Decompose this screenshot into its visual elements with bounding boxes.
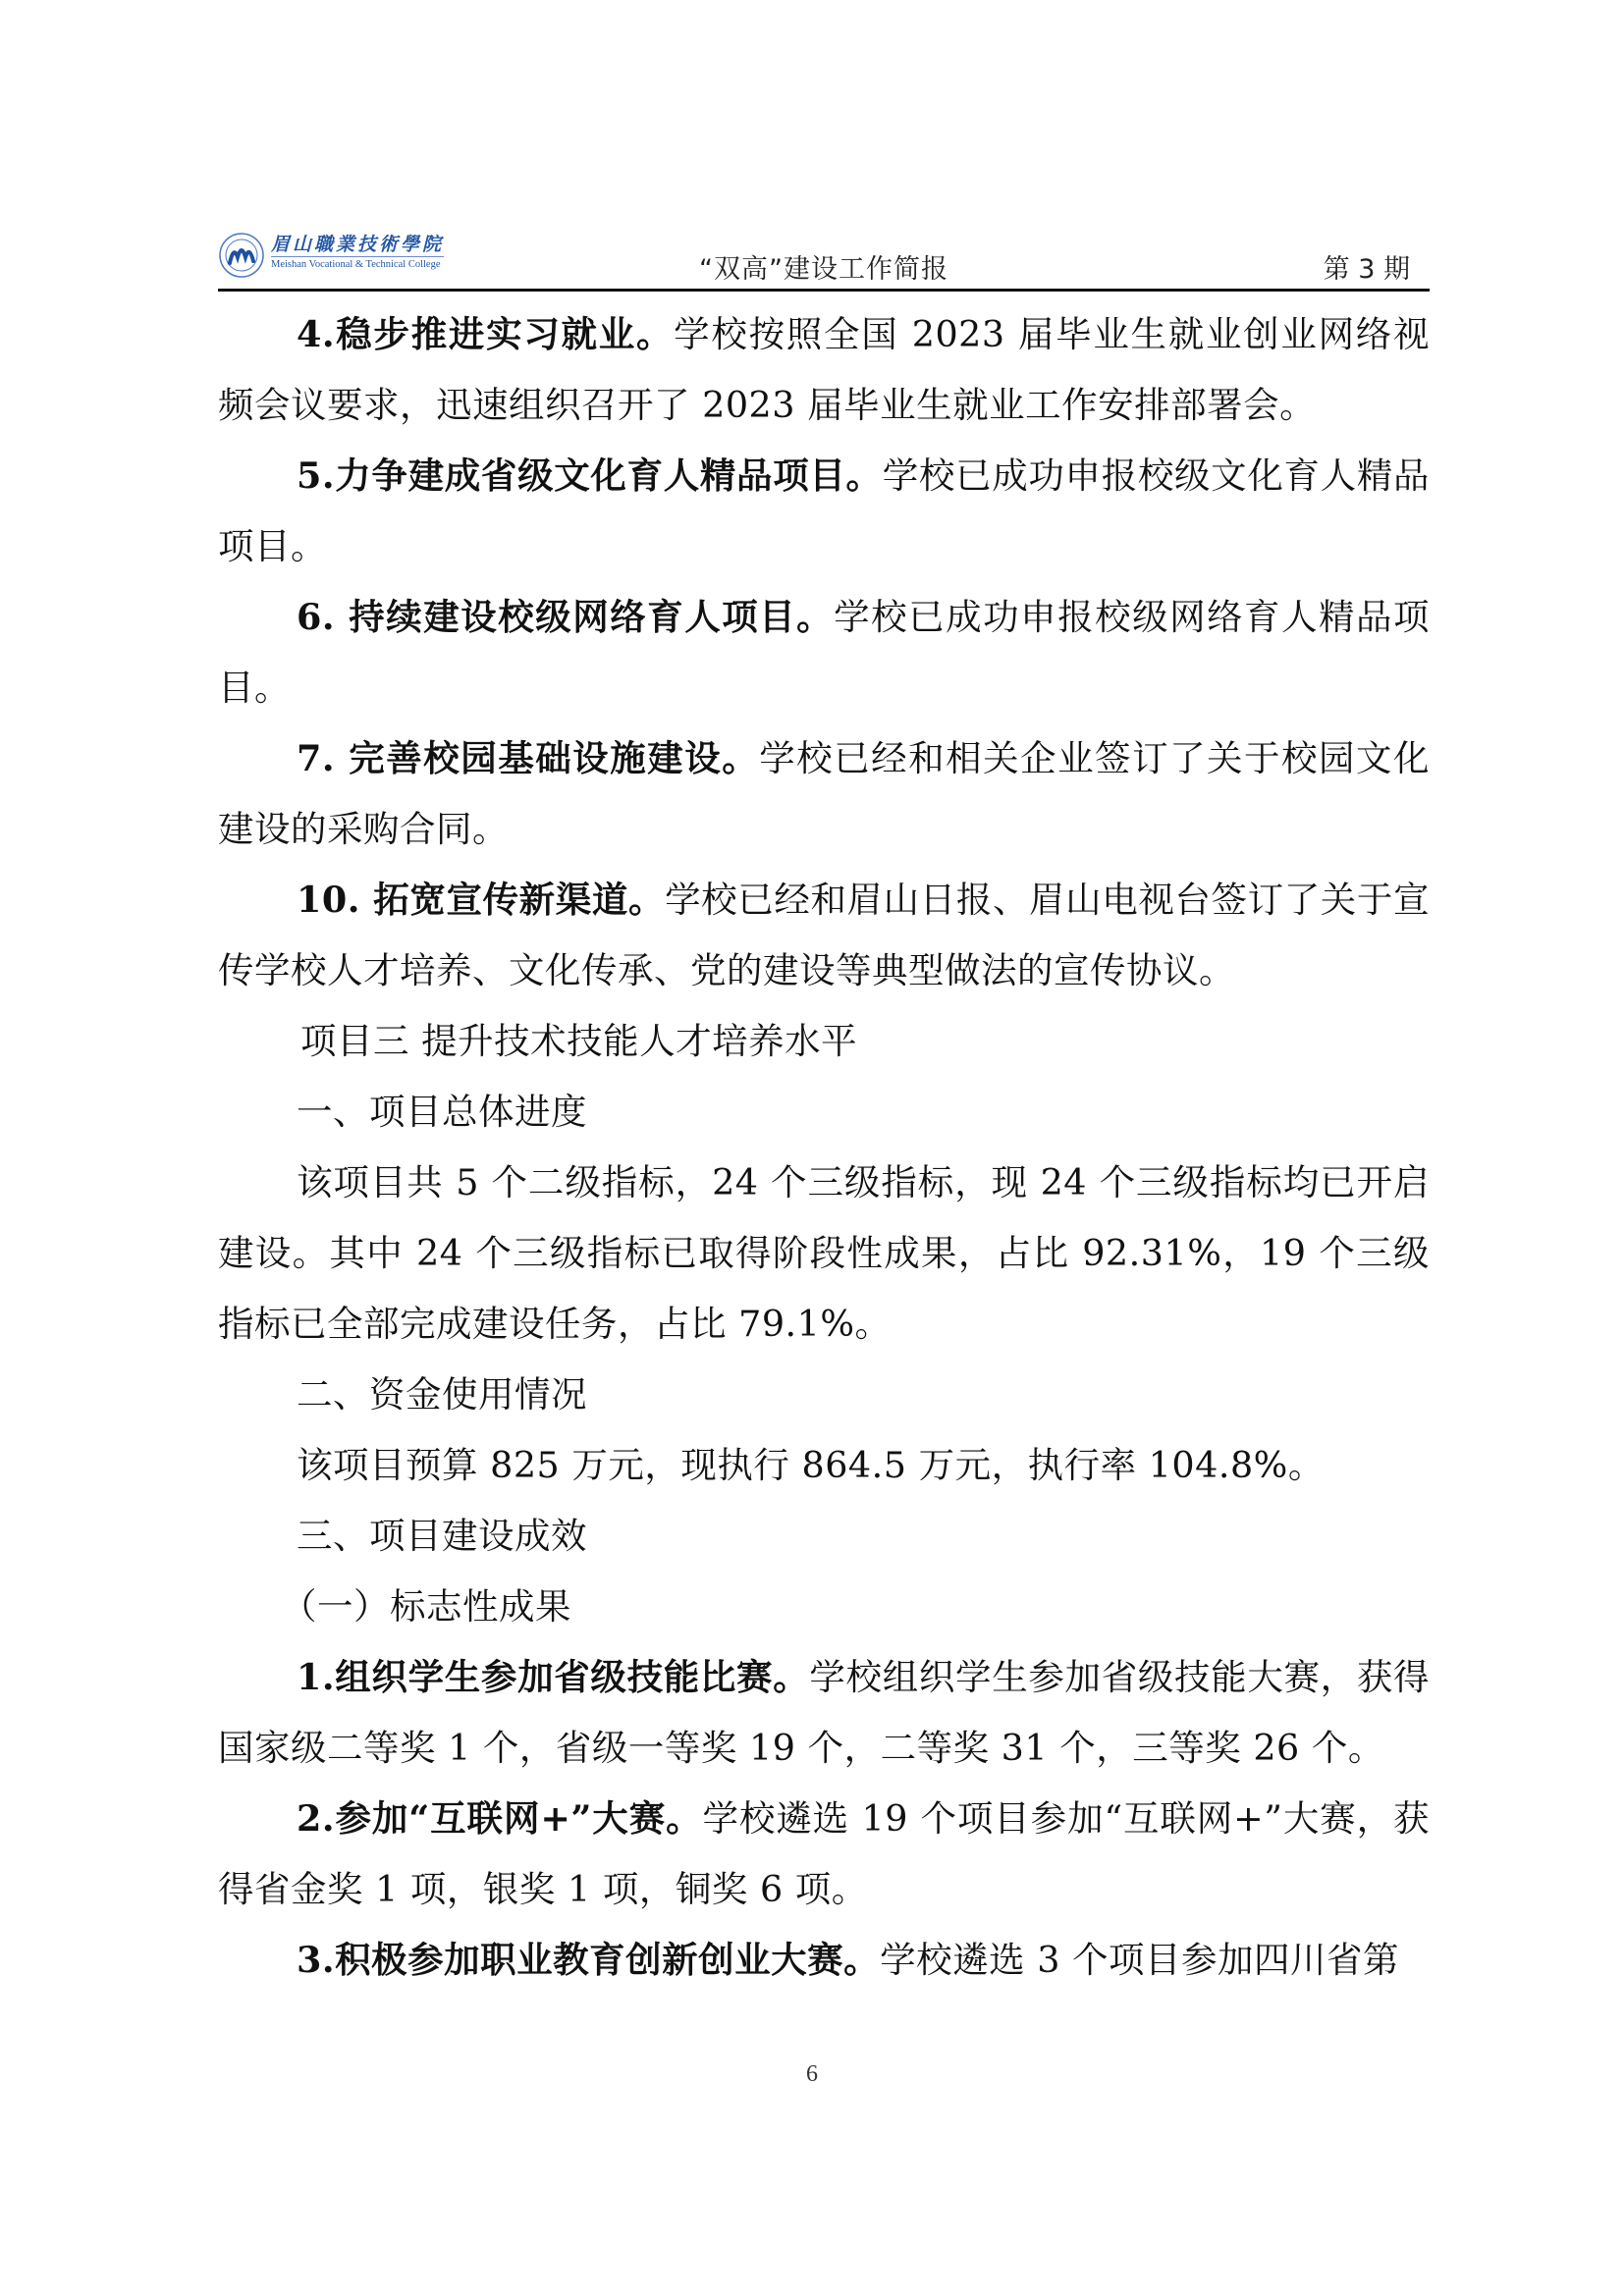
paragraph-lead: 6. 持续建设校级网络育人项目。 <box>297 596 834 638</box>
paragraph-item-6: 6. 持续建设校级网络育人项目。学校已成功申报校级网络育人精品项目。 <box>218 582 1430 723</box>
result-lead: 1.组织学生参加省级技能比赛。 <box>297 1656 809 1698</box>
page-body: 4.稳步推进实习就业。学校按照全国 2023 届毕业生就业创业网络视频会议要求，… <box>218 299 1430 1996</box>
paragraph-lead: 5.力争建成省级文化育人精品项目。 <box>297 454 883 497</box>
result-text: 学校遴选 3 个项目参加四川省第 <box>880 1939 1399 1981</box>
issue-number: 第 3 期 <box>1324 247 1410 286</box>
page-header: 眉山職業技術學院 Meishan Vocational & Technical … <box>218 228 1430 279</box>
section-text-progress: 该项目共 5 个二级指标，24 个三级指标，现 24 个三级指标均已开启建设。其… <box>218 1148 1430 1360</box>
college-logo-text: 眉山職業技術學院 Meishan Vocational & Technical … <box>271 234 444 271</box>
result-item-2: 2.参加“互联网+”大赛。学校遴选 19 个项目参加“互联网+”大赛，获得省金奖… <box>218 1784 1430 1925</box>
paragraph-lead: 4.稳步推进实习就业。 <box>297 313 674 355</box>
paragraph-lead: 10. 拓宽宣传新渠道。 <box>297 879 665 921</box>
result-item-3: 3.积极参加职业教育创新创业大赛。学校遴选 3 个项目参加四川省第 <box>218 1925 1430 1996</box>
section-text-funding: 该项目预算 825 万元，现执行 864.5 万元，执行率 104.8%。 <box>218 1430 1430 1501</box>
section-heading-results: 三、项目建设成效 <box>218 1501 1430 1572</box>
header-divider <box>218 289 1430 292</box>
page-number: 6 <box>0 2061 1624 2088</box>
paragraph-item-5: 5.力争建成省级文化育人精品项目。学校已成功申报校级文化育人精品项目。 <box>218 441 1430 582</box>
project-title: 项目三 提升技术技能人才培养水平 <box>218 1006 1430 1077</box>
result-lead: 2.参加“互联网+”大赛。 <box>297 1797 703 1840</box>
paragraph-item-4: 4.稳步推进实习就业。学校按照全国 2023 届毕业生就业创业网络视频会议要求，… <box>218 299 1430 441</box>
college-name-en: Meishan Vocational & Technical College <box>271 256 444 271</box>
section-heading-progress: 一、项目总体进度 <box>218 1077 1430 1148</box>
paragraph-item-10: 10. 拓宽宣传新渠道。学校已经和眉山日报、眉山电视台签订了关于宣传学校人才培养… <box>218 865 1430 1006</box>
result-item-1: 1.组织学生参加省级技能比赛。学校组织学生参加省级技能大赛，获得国家级二等奖 1… <box>218 1642 1430 1784</box>
paragraph-lead: 7. 完善校园基础设施建设。 <box>297 737 759 779</box>
section-heading-funding: 二、资金使用情况 <box>218 1360 1430 1430</box>
bulletin-title: “双高”建设工作简报 <box>699 247 948 286</box>
subheading-landmark-results: （一）标志性成果 <box>218 1572 1430 1642</box>
paragraph-item-7: 7. 完善校园基础设施建设。学校已经和相关企业签订了关于校园文化建设的采购合同。 <box>218 723 1430 865</box>
college-name-cn: 眉山職業技術學院 <box>271 234 444 255</box>
college-logo-icon <box>218 232 265 279</box>
result-lead: 3.积极参加职业教育创新创业大赛。 <box>297 1939 880 1981</box>
